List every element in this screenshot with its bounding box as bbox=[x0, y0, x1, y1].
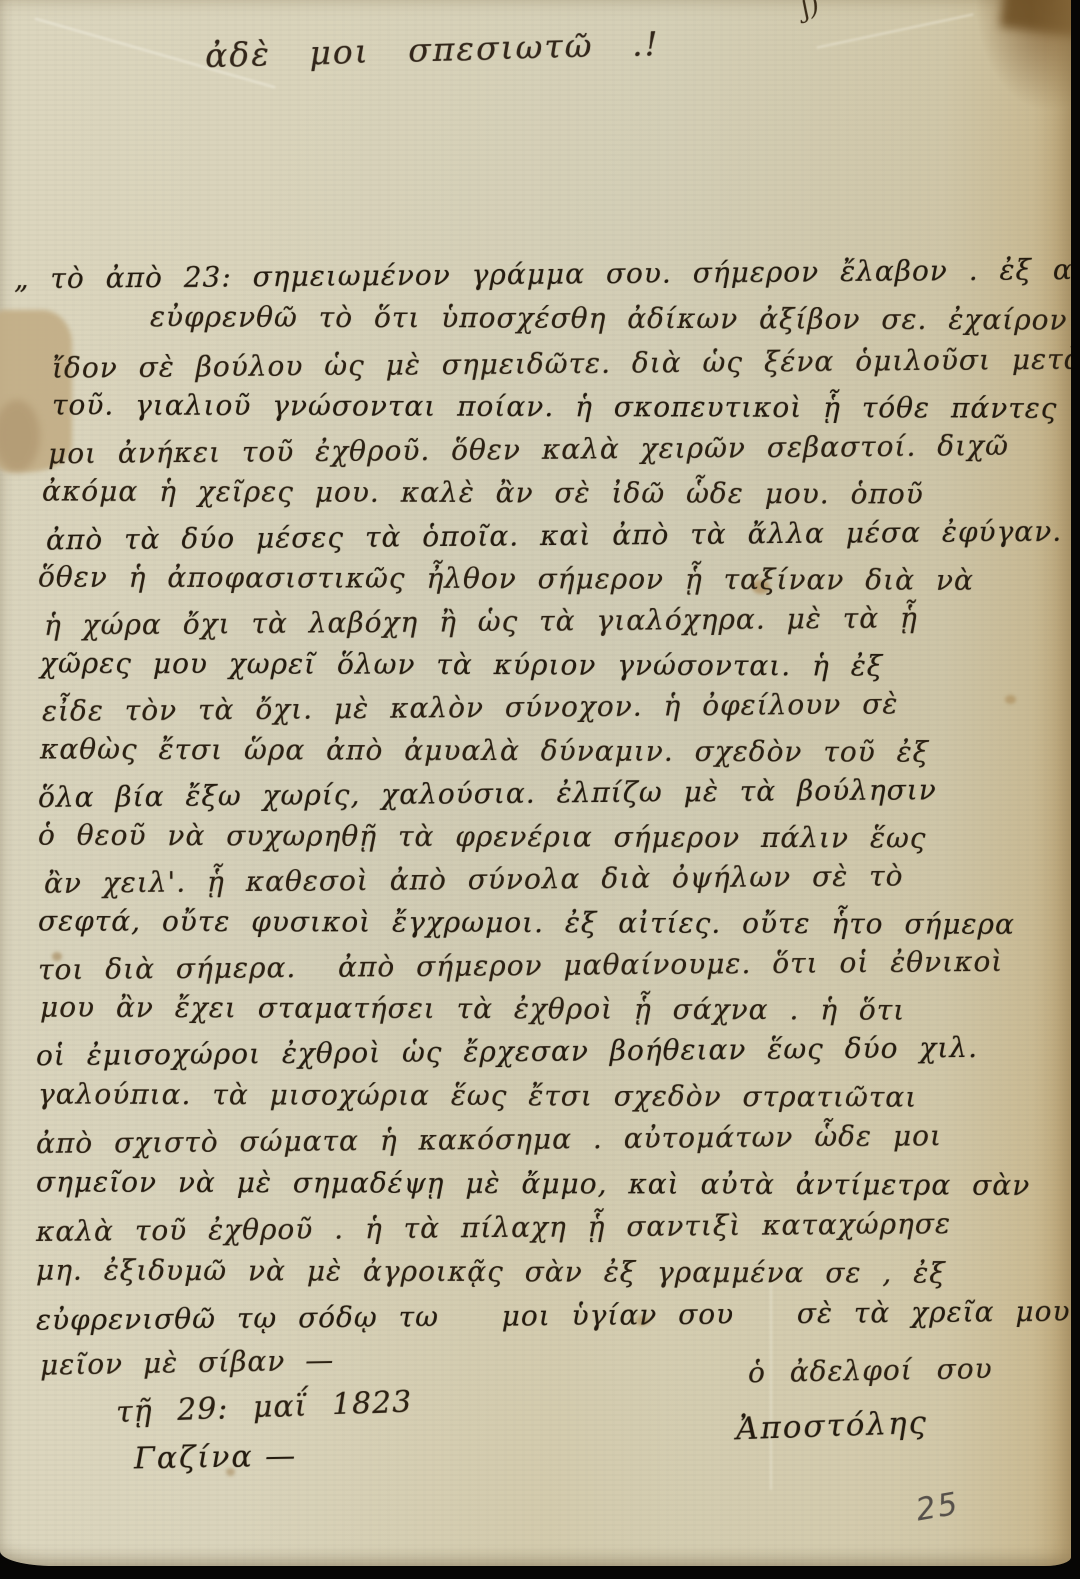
handwritten-line: εἶδε τὸν τὰ ὄχι. μὲ καλὸν σύνοχον. ἡ ὀφε… bbox=[42, 690, 899, 725]
handwritten-line: ἂν χειλ'. ᾗ καθεσοὶ ἀπὸ σύνολα διὰ ὀψήλω… bbox=[44, 862, 904, 897]
handwritten-line: ἡ χώρα ὄχι τὰ λαβόχη ἢ ὡς τὰ γιαλόχηρα. … bbox=[44, 604, 918, 640]
fold-crease bbox=[817, 13, 974, 48]
handwritten-line: τοῦ. γιαλιοῦ γνώσονται ποίαν. ἡ σκοπευτι… bbox=[52, 391, 1058, 423]
handwritten-line: μου ἂν ἔχει σταματήσει τὰ ἐχθροὶ ᾗ σάχνα… bbox=[40, 993, 905, 1024]
handwritten-line: τοι διὰ σήμερα. ἀπὸ σήμερον μαθαίνουμε. … bbox=[38, 948, 1004, 984]
handwritten-line: ἀπὸ τὰ δύο μέσες τὰ ὁποῖα. καὶ ἀπὸ τὰ ἄλ… bbox=[46, 518, 1062, 555]
letter-salutation: ἀδὲ μοι σπεσιωτῶ .! bbox=[205, 24, 661, 75]
handwritten-line: οἱ ἐμισοχώροι ἐχθροὶ ὡς ἔρχεσαν βοήθειαν… bbox=[36, 1034, 978, 1070]
handwritten-line: σεφτά, οὔτε φυσικοὶ ἔγχρωμοι. ἐξ αἰτίες.… bbox=[38, 907, 1015, 938]
foxing-spot bbox=[1005, 695, 1016, 704]
handwritten-line: καλὰ τοῦ ἐχθροῦ . ἡ τὰ πίλαχη ᾗ σαντιξὶ … bbox=[36, 1210, 951, 1246]
handwritten-line: καθὼς ἔτσι ὥρα ἀπὸ ἀμυαλὰ δύναμιν. σχεδὸ… bbox=[40, 735, 929, 766]
handwritten-line: ὅλα βία ἔξω χωρίς, χαλούσια. ἐλπίζω μὲ τ… bbox=[38, 776, 937, 812]
handwritten-line: εὐφρενισθῶ τῳ σόδῳ τω μοι ὑγίαν σου σὲ τ… bbox=[36, 1297, 1071, 1334]
place-line: Γαζίνα — bbox=[134, 1439, 298, 1477]
closing-line: μεῖον μὲ σίβαν — bbox=[40, 1343, 335, 1381]
handwritten-line: μη. ἐξιδυμῶ νὰ μὲ ἀγροικᾷς σὰν ἐξ γραμμέ… bbox=[36, 1256, 946, 1287]
handwritten-line: σημεῖον νὰ μὲ σημαδέψῃ μὲ ἄμμο, καὶ αὐτὰ… bbox=[36, 1168, 1030, 1199]
handwritten-line: ὁ θεοῦ νὰ συχωρηθῇ τὰ φρενέρια σήμερον π… bbox=[38, 821, 927, 852]
handwritten-line: μοι ἀνήκει τοῦ ἐχθροῦ. ὅθεν καλὰ χειρῶν … bbox=[48, 432, 1009, 468]
paper-sheet: ʃ) ἀδὲ μοι σπεσιωτῶ .! „ τὸ ἀπὸ 23: σημε… bbox=[0, 0, 1071, 1566]
handwritten-line: ἴδον σὲ βούλου ὡς μὲ σημειδῶτε. διὰ ὡς ξ… bbox=[52, 345, 1071, 382]
signature: Ἀποστόλης bbox=[735, 1405, 928, 1448]
date-line: τῇ 29: μαΐ 1823 bbox=[115, 1385, 412, 1430]
valediction: ὁ ἀδελφοί σου bbox=[748, 1352, 993, 1389]
handwritten-line: „ τὸ ἀπὸ 23: σημειωμένον γράμμα σου. σήμ… bbox=[14, 255, 1071, 293]
ink-smudge: ʃ) bbox=[799, 0, 822, 22]
right-edge-discoloration bbox=[1031, 0, 1071, 1566]
handwritten-line: γαλούπια. τὰ μισοχώρια ἕως ἔτσι σχεδὸν σ… bbox=[38, 1080, 917, 1111]
handwritten-line: ἀκόμα ἡ χεῖρες μου. καλὲ ἂν σὲ ἰδῶ ὧδε μ… bbox=[42, 477, 924, 508]
handwritten-line: ὅθεν ἡ ἀποφασιστικῶς ἦλθον σήμερον ᾗ ταξ… bbox=[38, 563, 974, 594]
handwritten-line: χῶρες μου χωρεῖ ὅλων τὰ κύριον γνώσονται… bbox=[40, 650, 883, 681]
handwritten-line: εὐφρενθῶ τὸ ὅτι ὑποσχέσθη ἀδίκων ἀξίβον … bbox=[150, 303, 1071, 335]
handwritten-line: ἀπὸ σχιστὸ σώματα ἡ κακόσημα . αὐτομάτων… bbox=[36, 1122, 942, 1158]
pencil-page-number: 25 bbox=[914, 1488, 962, 1526]
scanned-letter-page: ʃ) ἀδὲ μοι σπεσιωτῶ .! „ τὸ ἀπὸ 23: σημε… bbox=[0, 0, 1080, 1579]
